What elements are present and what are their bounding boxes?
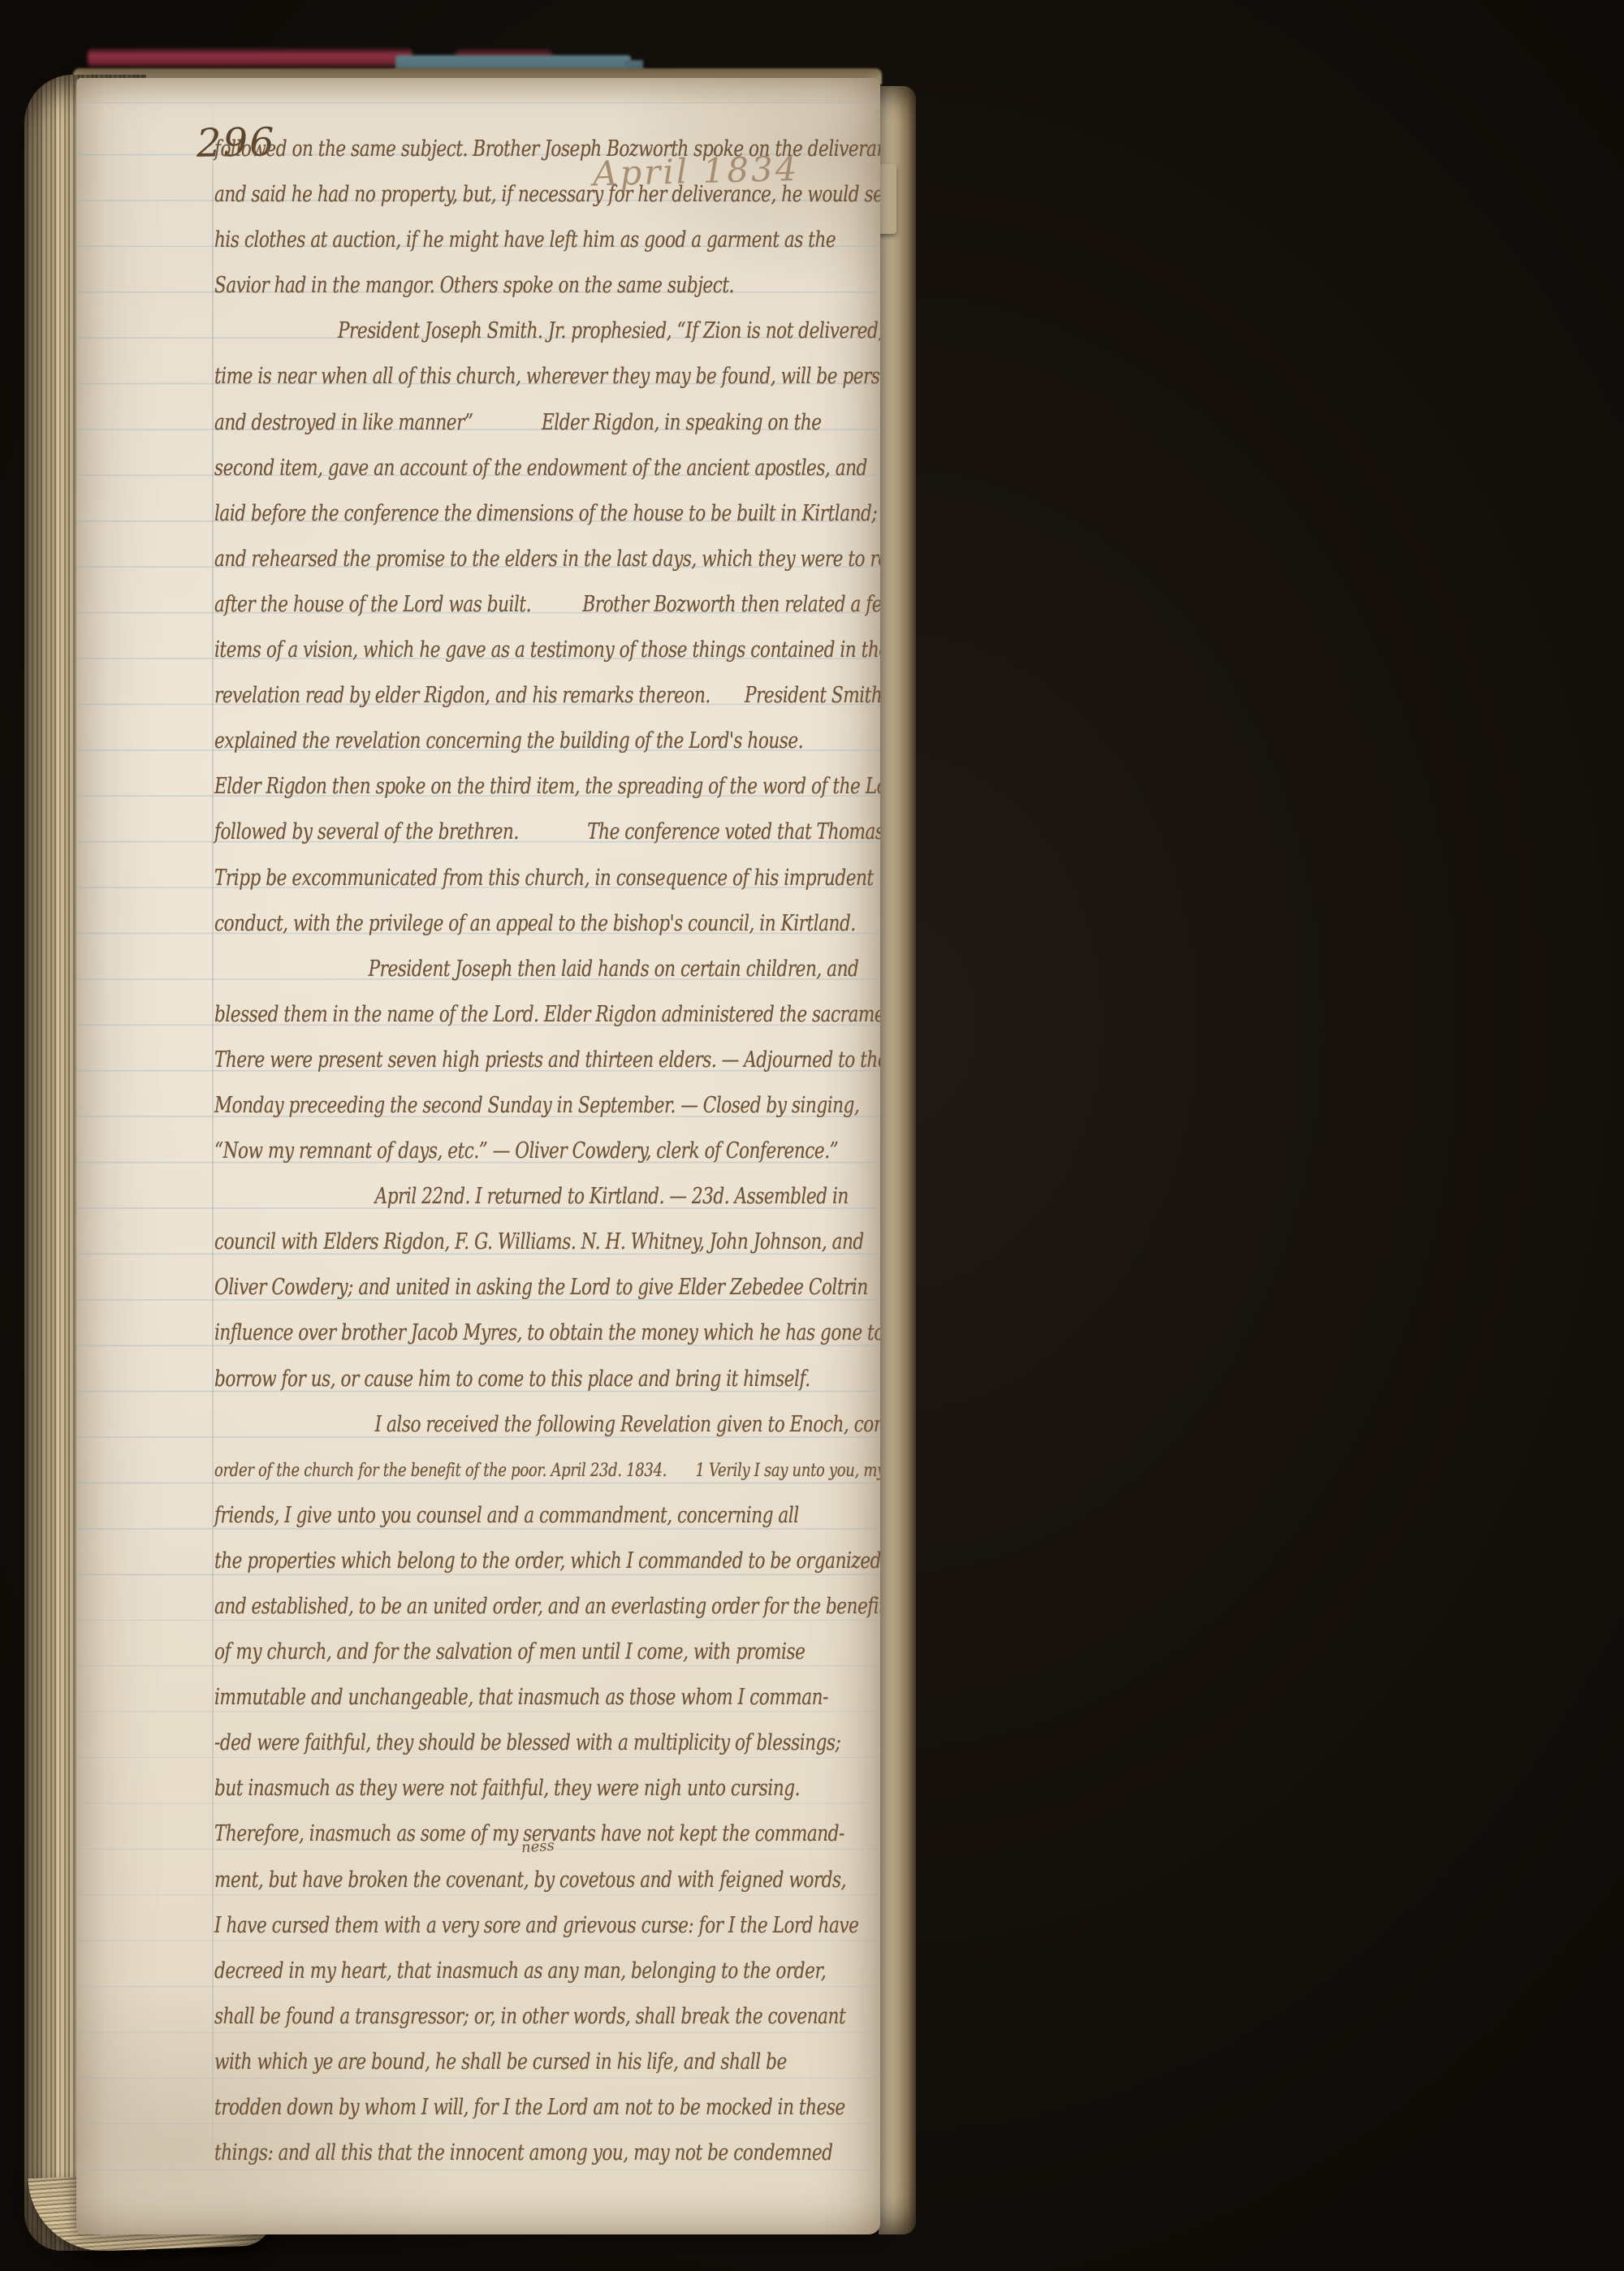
manuscript-line: shall be found a transgressor; or, in ot… bbox=[214, 1994, 880, 2040]
manuscript-line: second item, gave an account of the endo… bbox=[214, 446, 880, 491]
manuscript-line: immutable and unchangeable, that inasmuc… bbox=[214, 1675, 880, 1721]
manuscript-line: laid before the conference the dimension… bbox=[214, 491, 880, 537]
manuscript-line: things: and all this that the innocent a… bbox=[214, 2131, 880, 2176]
facing-page-edge bbox=[879, 86, 916, 2234]
manuscript-line: of my church, and for the salvation of m… bbox=[214, 1630, 880, 1675]
manuscript-line: trodden down by whom I will, for I the L… bbox=[214, 2085, 880, 2131]
manuscript-line: President Joseph Smith. Jr. prophesied, … bbox=[214, 309, 880, 354]
manuscript-line: items of a vision, which he gave as a te… bbox=[214, 628, 880, 673]
manuscript-line: and destroyed in like manner” Elder Rigd… bbox=[214, 400, 880, 446]
manuscript-line: his clothes at auction, if he might have… bbox=[214, 218, 880, 263]
manuscript-line: Oliver Cowdery; and united in asking the… bbox=[214, 1265, 880, 1310]
manuscript-line: I have cursed them with a very sore and … bbox=[214, 1903, 880, 1949]
manuscript-line: ment, but have broken the covenant, by c… bbox=[214, 1858, 880, 1903]
manuscript-line: blessed them in the name of the Lord. El… bbox=[214, 992, 880, 1038]
manuscript-line: -ded were faithful, they should be bless… bbox=[214, 1721, 880, 1766]
manuscript-line: April 22nd. I returned to Kirtland. — 23… bbox=[214, 1174, 880, 1220]
manuscript-line: conduct, with the privilege of an appeal… bbox=[214, 901, 880, 947]
manuscript-page: 296 April 1834 followed on the same subj… bbox=[76, 78, 880, 2234]
margin-rule bbox=[212, 102, 214, 2189]
manuscript-text: followed on the same subject. Brother Jo… bbox=[214, 127, 880, 2176]
manuscript-line: borrow for us, or cause him to come to t… bbox=[214, 1357, 880, 1402]
manuscript-line: There were present seven high priests an… bbox=[214, 1038, 880, 1083]
manuscript-line: and rehearsed the promise to the elders … bbox=[214, 537, 880, 582]
manuscript-line: Elder Rigdon then spoke on the third ite… bbox=[214, 764, 880, 810]
manuscript-line: revelation read by elder Rigdon, and his… bbox=[214, 673, 880, 719]
manuscript-line: friends, I give unto you counsel and a c… bbox=[214, 1493, 880, 1539]
manuscript-line: explained the revelation concerning the … bbox=[214, 719, 880, 764]
manuscript-line: Savior had in the mangor. Others spoke o… bbox=[214, 263, 880, 309]
manuscript-line: Tripp be excommunicated from this church… bbox=[214, 856, 880, 901]
manuscript-line: I also received the following Revelation… bbox=[214, 1402, 880, 1448]
book-photo: 296 April 1834 followed on the same subj… bbox=[0, 0, 1624, 2271]
manuscript-line: Monday preceeding the second Sunday in S… bbox=[214, 1083, 880, 1129]
manuscript-line: influence over brother Jacob Myres, to o… bbox=[214, 1310, 880, 1356]
spine-thread-red bbox=[88, 47, 412, 68]
manuscript-line: followed on the same subject. Brother Jo… bbox=[214, 127, 880, 172]
manuscript-line: and established, to be an united order, … bbox=[214, 1584, 880, 1630]
inserted-word: ness bbox=[520, 1837, 555, 1857]
manuscript-line: time is near when all of this church, wh… bbox=[214, 354, 880, 399]
manuscript-line: President Joseph then laid hands on cert… bbox=[214, 947, 880, 992]
manuscript-line: followed by several of the brethren. The… bbox=[214, 810, 880, 855]
manuscript-line: council with Elders Rigdon, F. G. Willia… bbox=[214, 1220, 880, 1265]
manuscript-line: order of the church for the benefit of t… bbox=[214, 1448, 880, 1493]
manuscript-line: after the house of the Lord was built. B… bbox=[214, 582, 880, 628]
manuscript-line: the properties which belong to the order… bbox=[214, 1539, 880, 1584]
manuscript-line: decreed in my heart, that inasmuch as an… bbox=[214, 1949, 880, 1994]
manuscript-line: but inasmuch as they were not faithful, … bbox=[214, 1766, 880, 1811]
manuscript-line: with which ye are bound, he shall be cur… bbox=[214, 2040, 880, 2085]
manuscript-line: “Now my remnant of days, etc.” — Oliver … bbox=[214, 1129, 880, 1174]
manuscript-line: and said he had no property, but, if nec… bbox=[214, 172, 880, 218]
